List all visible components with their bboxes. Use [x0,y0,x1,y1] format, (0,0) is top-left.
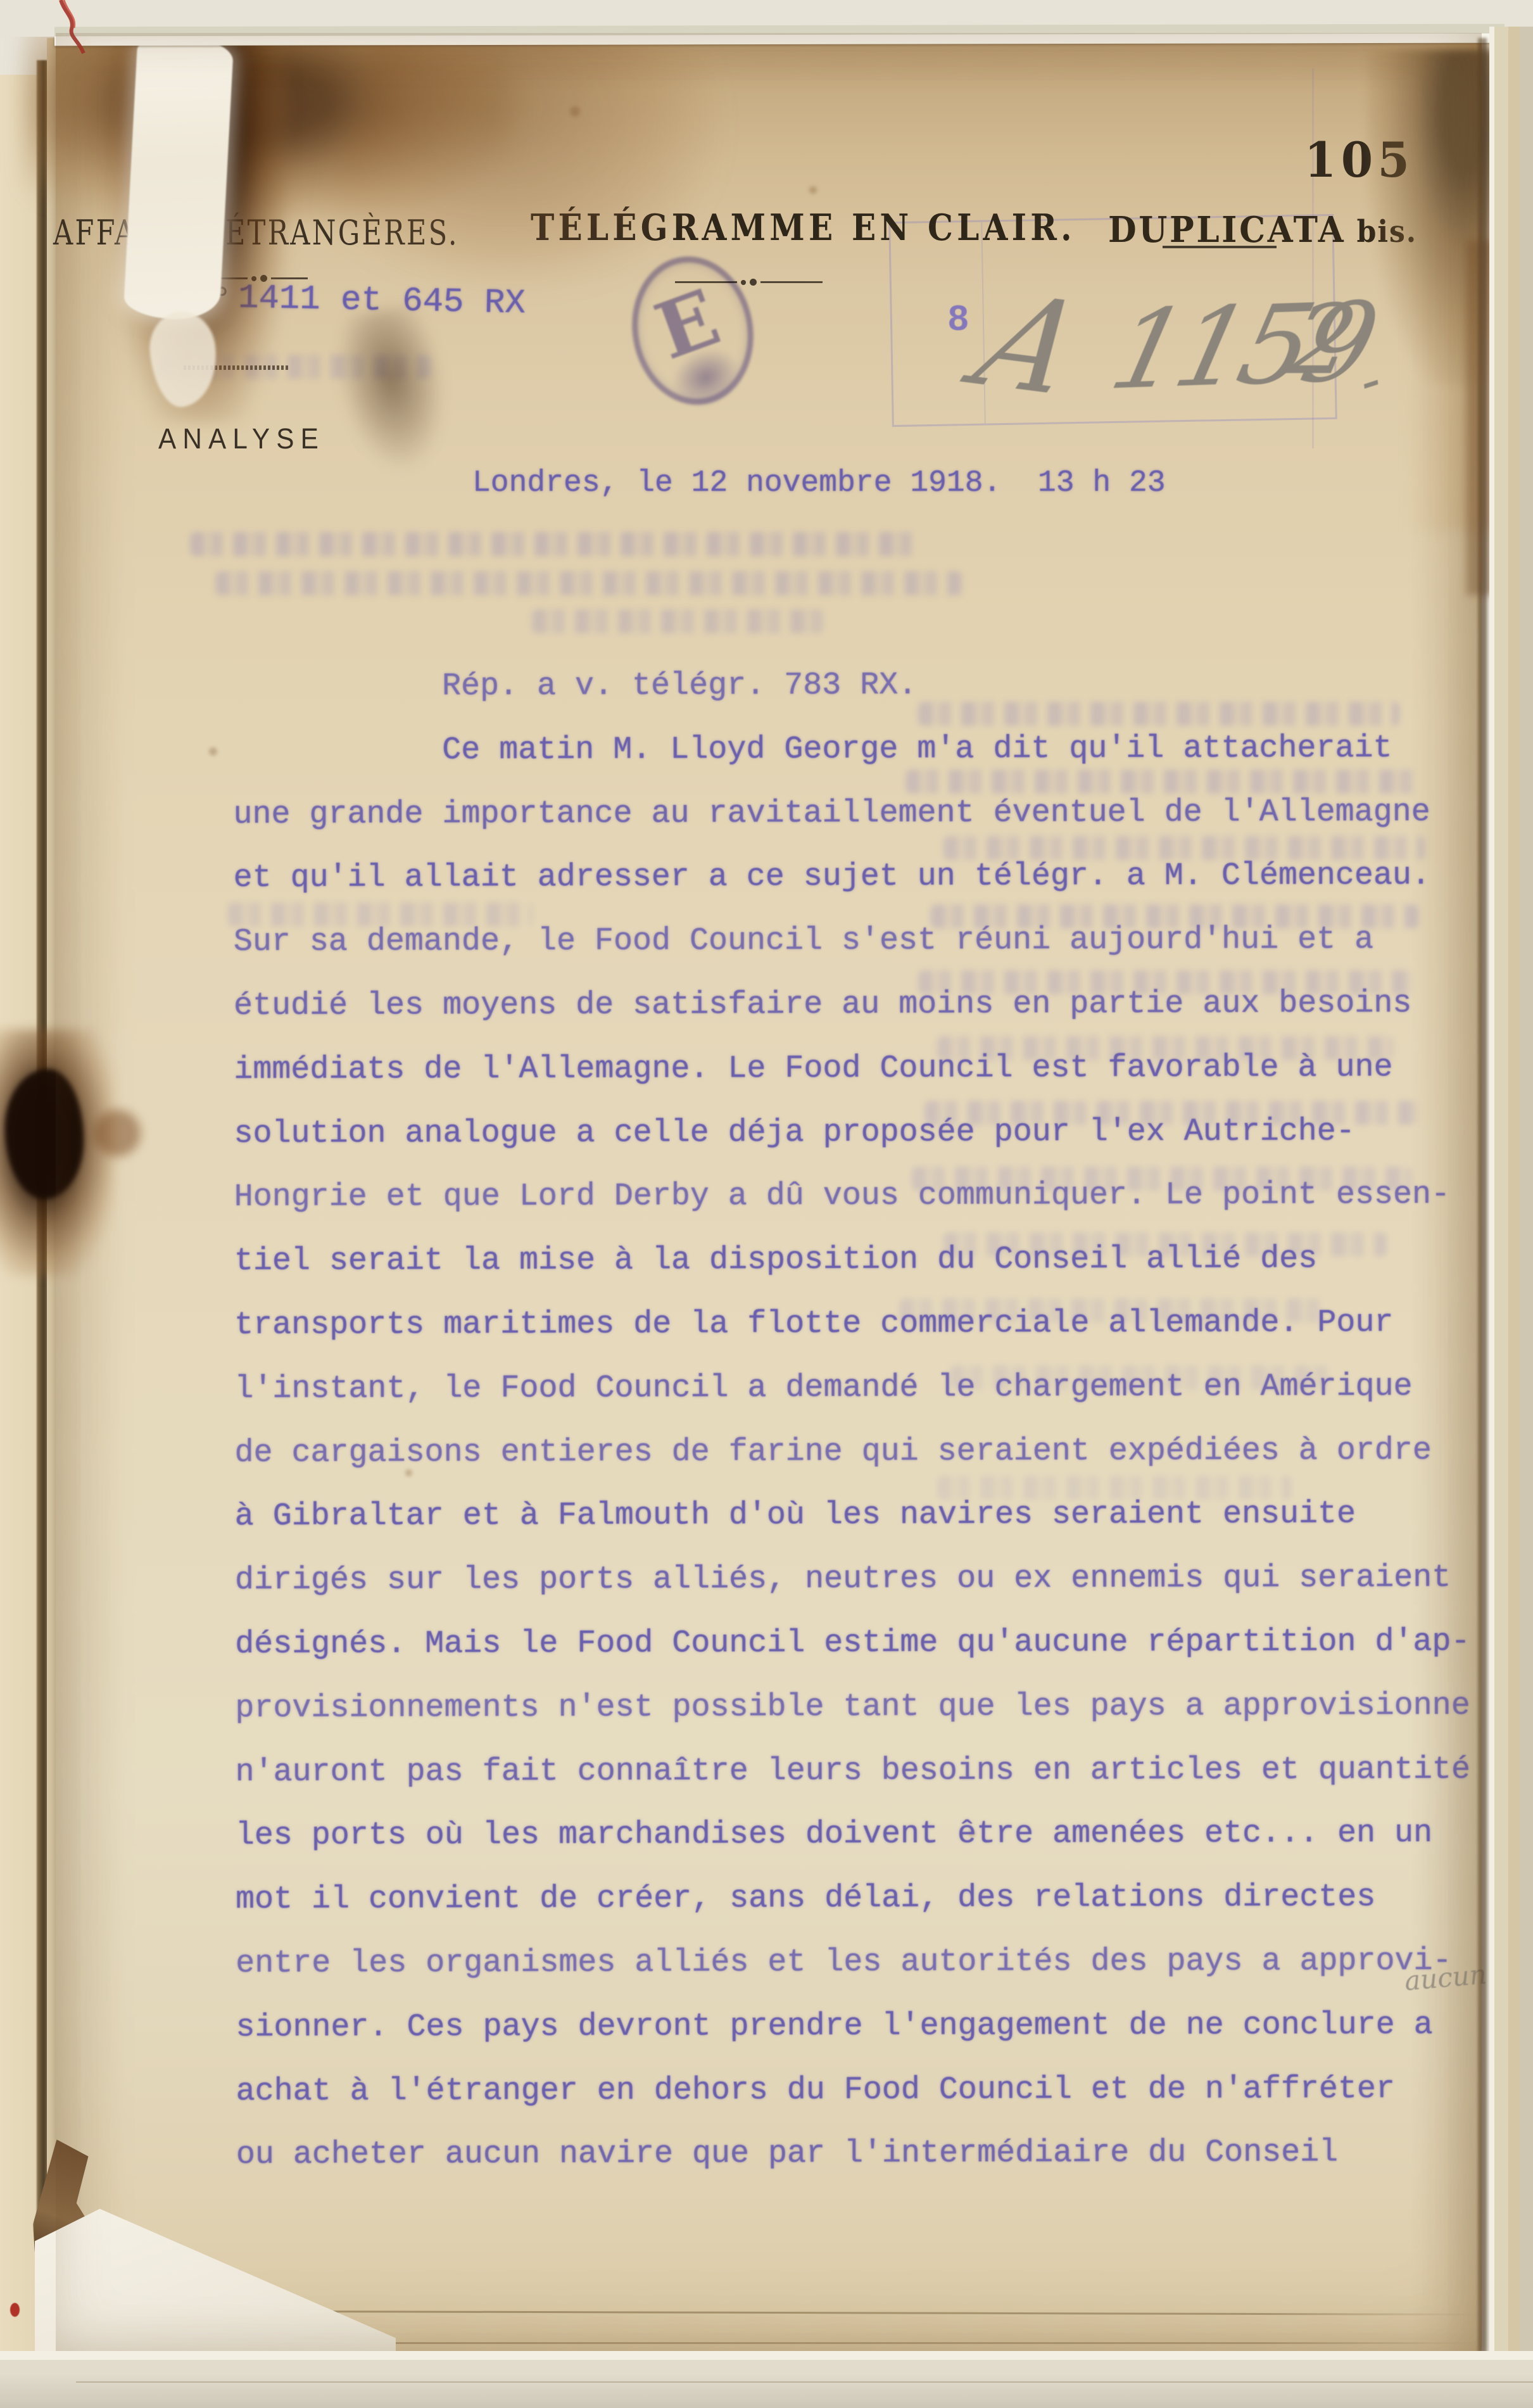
telegram-scan: 105 AFFAIRES ÉTRANGÈRES. TÉLÉGRAMME EN C… [0,0,1533,2408]
body-line: désignés. Mais le Food Council estime qu… [235,1624,1508,1690]
body-line: sionner. Ces pays devront prendre l'enga… [236,2007,1508,2074]
telegram-body: Rép. a v. télégr. 783 RX. Ce matin M. Ll… [233,666,1509,2201]
dateline: Londres, le 12 novembre 1918. 13 h 23 [472,466,1166,500]
body-line: achat à l'étranger en dehors du Food Cou… [236,2070,1509,2137]
foxing-spot [209,747,217,756]
body-line: dirigés sur les ports alliés, neutres ou… [235,1560,1508,1626]
body-line: ou acheter aucun navire que par l'interm… [236,2134,1509,2201]
body-line: n'auront pas fait connaître leurs besoin… [236,1751,1508,1818]
analyse-label: ANALYSE [158,422,325,455]
body-line: mot il convient de créer, sans délai, de… [236,1879,1508,1946]
letterhead-ministry: AFFAIRES ÉTRANGÈRES. [53,213,459,253]
body-line: à Gibraltar et à Falmouth d'où les navir… [235,1496,1508,1562]
duplicata-suffix: bis. [1346,214,1416,250]
body-line: entre les organismes alliés et les autor… [236,1943,1508,2010]
repair-tissue-patch [123,33,234,321]
bleed-smudge [215,571,962,595]
red-thread-icon [51,0,101,57]
foxing-spot [570,106,580,117]
reference-number: N°1411 et 645 RX [187,281,517,326]
backing-sheet-left [0,75,39,2408]
body-line: Sur sa demande, le Food Council s'est ré… [234,922,1506,988]
page-right-edge-shadow [1478,38,1487,2356]
letterhead-title: TÉLÉGRAMME EN CLAIR. [531,206,1076,249]
body-line: transports maritimes de la flotte commer… [234,1305,1507,1371]
body-line: Hongrie et que Lord Derby a dû vous comm… [234,1177,1507,1243]
body-line: et qu'il allait adresser a ce sujet un t… [234,858,1506,924]
letterhead-duplicata: DUPLICATA bis. [1108,209,1417,251]
page-stack-bottom-edges [76,2373,1533,2398]
body-line: une grande importance au ravitaillement … [233,794,1506,860]
control-digit: 8 [947,300,969,341]
divider-rule-right [1163,246,1277,248]
red-thread-speck [10,2303,20,2317]
body-line: solution analogue a celle déja proposée … [234,1113,1506,1179]
bleed-smudge [532,609,823,633]
body-line: provisionnements n'est possible tant que… [235,1688,1508,1754]
folio-number: 105 [1304,132,1415,188]
foxing-spot [809,186,817,194]
body-line: Rép. a v. télégr. 783 RX. [233,666,1506,733]
body-line: tiel serait la mise à la disposition du … [234,1241,1507,1307]
body-line: de cargaisons entieres de farine qui ser… [235,1432,1508,1499]
typed-reference: 1411 et 645 RX [238,279,526,324]
body-line: l'instant, le Food Council a demandé le … [234,1369,1507,1435]
page-stack-right [1489,27,1533,2408]
body-line: Ce matin M. Lloyd George m'a dit qu'il a… [233,730,1506,797]
body-line: les ports où les marchandises doivent êt… [236,1815,1508,1882]
bleed-smudge [190,532,918,556]
body-line: étudié les moyens de satisfaire au moins… [234,985,1506,1052]
registry-stamp-icon: E [629,257,757,404]
body-line: immédiats de l'Allemagne. Le Food Counci… [234,1049,1506,1116]
